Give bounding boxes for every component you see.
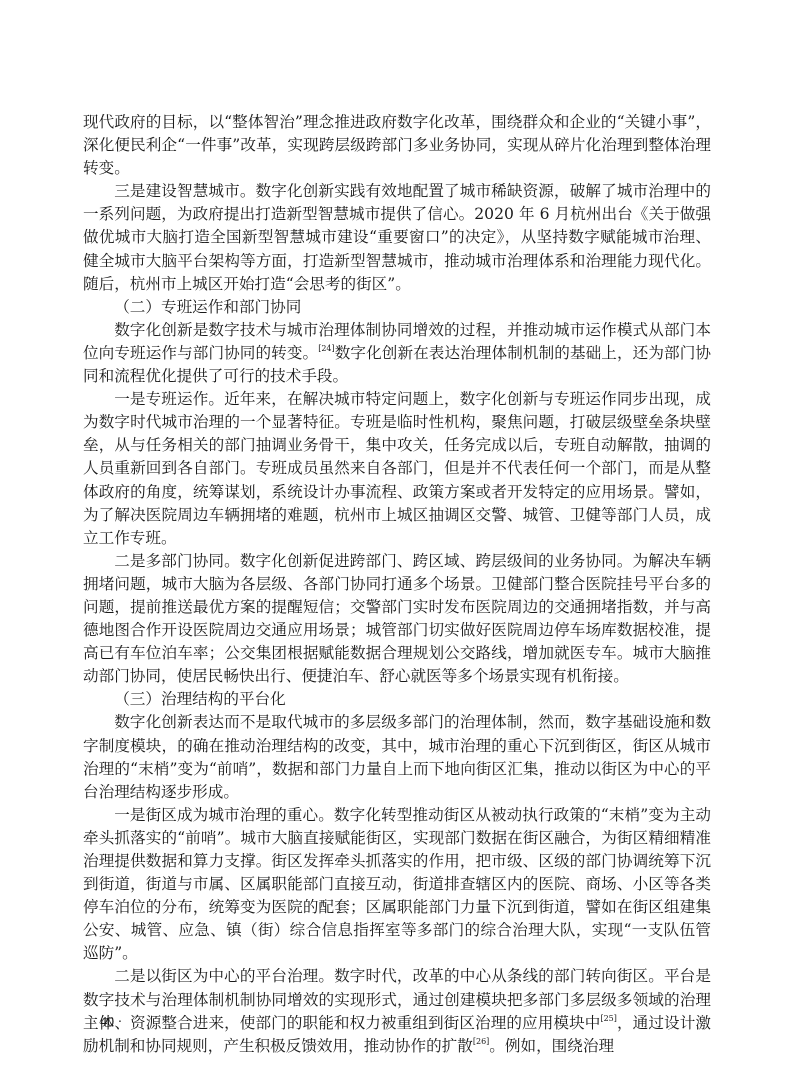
paragraph-smart-city: 三是建设智慧城市。数字化创新实践有效地配置了城市稀缺资源，破解了城市治理中的一系… bbox=[83, 180, 711, 295]
paragraph-multi-department: 二是多部门协同。数字化创新促进跨部门、跨区域、跨层级间的业务协同。为解决车辆拥堵… bbox=[83, 550, 711, 689]
paragraph-platform-structure: 数字化创新表达而不是取代城市的多层级多部门的治理体制，然而，数字基础设施和数字制… bbox=[83, 711, 711, 803]
paragraph-platform-governance: 二是以街区为中心的平台治理。数字时代，改革的中心从条线的部门转向街区。平台是数字… bbox=[83, 965, 711, 1057]
paragraph-continuation: 现代政府的目标，以“整体智治”理念推进政府数字化改革，围绕群众和企业的“关键小事… bbox=[83, 111, 711, 180]
section-heading-3: （三）治理结构的平台化 bbox=[83, 688, 711, 711]
document-page: 现代政府的目标，以“整体智治”理念推进政府数字化改革，围绕群众和企业的“关键小事… bbox=[83, 111, 711, 1058]
section-heading-2: （二）专班运作和部门协同 bbox=[83, 296, 711, 319]
paragraph-digital-innovation: 数字化创新是数字技术与城市治理体制协同增效的过程，并推动城市运作模式从部门本位向… bbox=[83, 319, 711, 388]
citation-26: [26] bbox=[473, 1037, 489, 1046]
paragraph-street-center: 一是街区成为城市治理的重心。数字化转型推动街区从被动执行政策的“末梢”变为主动牵… bbox=[83, 804, 711, 966]
citation-24: [24] bbox=[318, 344, 334, 353]
citation-25: [25] bbox=[600, 1014, 616, 1023]
paragraph-task-force: 一是专班运作。近年来，在解决城市特定问题上，数字化创新与专班运作同步出现，成为数… bbox=[83, 388, 711, 550]
page-number: · 40 · bbox=[92, 1015, 122, 1031]
